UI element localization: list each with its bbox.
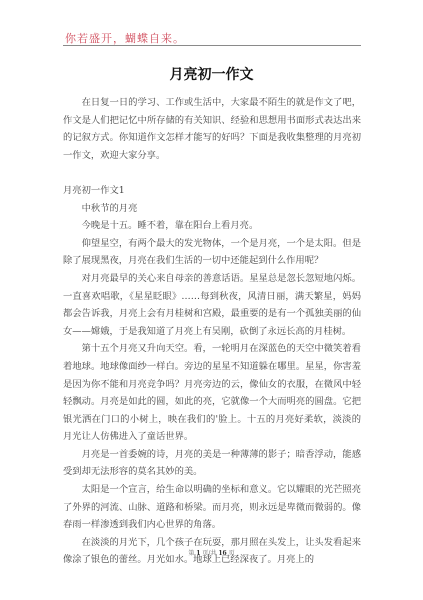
current-page: 1	[196, 550, 200, 557]
total-pages: 16	[218, 550, 226, 557]
paragraph: 今晚是十五。睡不着，靠在阳台上看月亮。	[63, 217, 361, 235]
footer-mid: 页/共	[202, 550, 216, 557]
footer-prefix: 第	[188, 550, 194, 557]
paragraph: 对月亮最早的关心来自母亲的善意话语。星星总是忽长忽短地闪烁。一直喜欢唱歌，《星星…	[63, 270, 361, 340]
section-heading: 月亮初一作文1	[63, 182, 361, 200]
header-motto: 你若盛开，蝴蝶自来。	[65, 30, 185, 46]
paragraph: 月亮是一首委婉的诗，月亮的美是一种薄薄的影子；暗香浮动，能感受到却无法形容的莫名…	[63, 446, 361, 481]
intro-paragraph: 在日复一日的学习、工作或生活中，大家最不陌生的就是作文了吧，作文是人们把记忆中所…	[63, 94, 361, 164]
paragraph: 仰望星空，有两个最大的发光物体，一个是月亮，一个是太阳。但是除了展现黑夜，月亮在…	[63, 235, 361, 270]
paragraph: 中秋节的月亮	[63, 200, 361, 218]
paragraph: 第十五个月亮又升向天空。看，一轮明月在深蓝色的天空中微笑着看着地球。地球像面纱一…	[63, 340, 361, 446]
document-body: 在日复一日的学习、工作或生活中，大家最不陌生的就是作文了吧，作文是人们把记忆中所…	[63, 94, 361, 569]
spacer	[63, 164, 361, 182]
page-footer: 第 1 页/共 16 页	[0, 548, 423, 557]
document-title: 月亮初一作文	[0, 64, 423, 84]
paragraph: 太阳是一个宣言，给生命以明确的坐标和意义。它以耀眼的光芒照亮了外界的河流、山脉、…	[63, 481, 361, 534]
page-header: 你若盛开，蝴蝶自来。	[63, 28, 361, 46]
footer-suffix: 页	[229, 550, 235, 557]
